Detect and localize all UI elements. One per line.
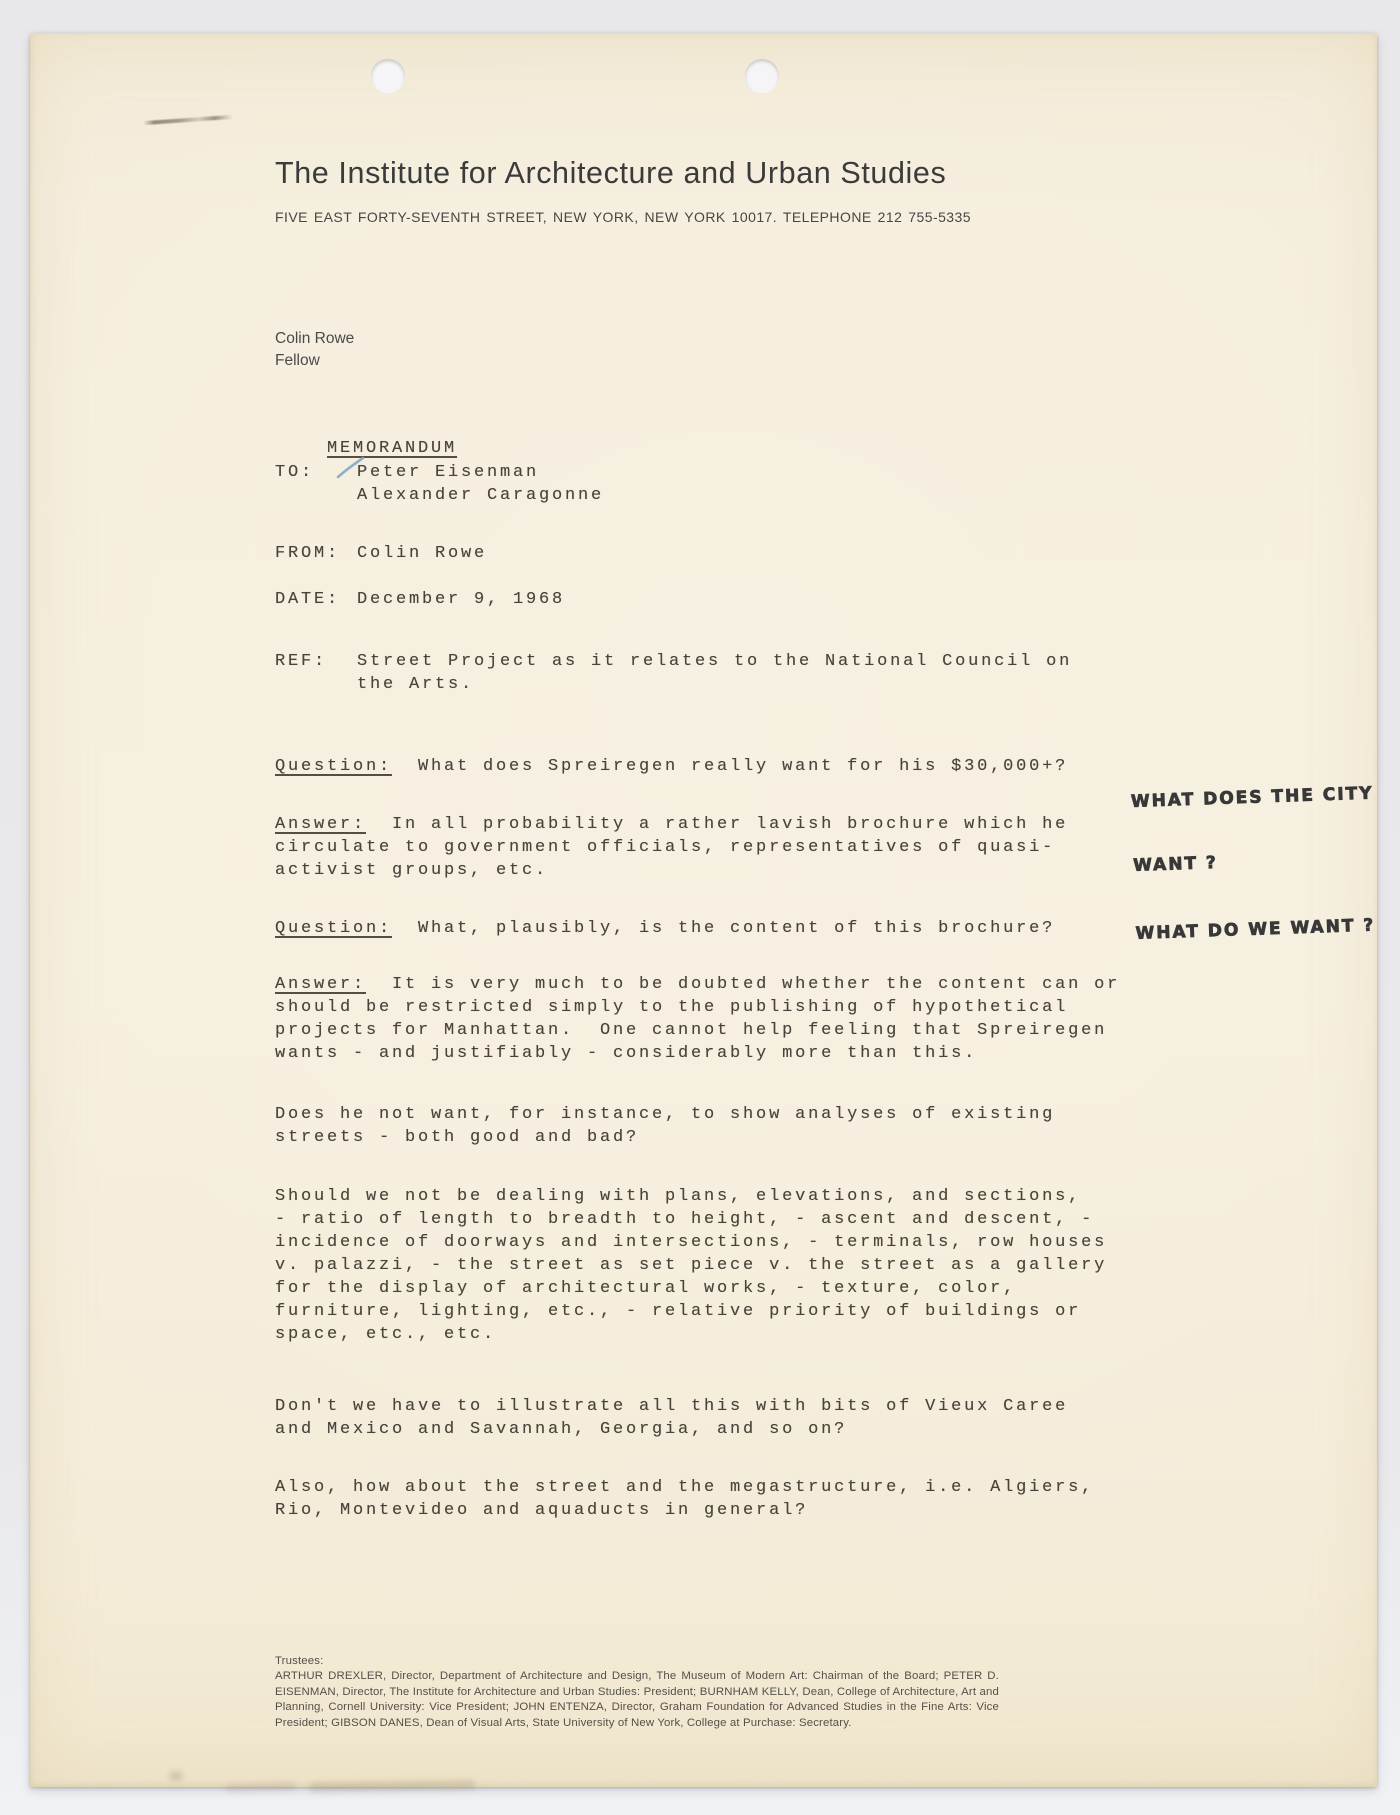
- pencil-smudge-mark: [143, 115, 233, 125]
- bleed-through-ghost-speck: [169, 1771, 183, 1781]
- trustees-heading: Trustees:: [275, 1654, 999, 1669]
- memo-field-value: Colin Rowe: [357, 542, 487, 565]
- memo-paragraph: Question: What, plausibly, is the conten…: [275, 917, 1120, 940]
- letterhead-title: The Institute for Architecture and Urban…: [275, 156, 946, 191]
- memo-paragraph: Answer: It is very much to be doubted wh…: [275, 973, 1120, 1065]
- paragraph-lead-word: Question:: [275, 919, 392, 938]
- memo-paragraph: Should we not be dealing with plans, ele…: [275, 1185, 1120, 1346]
- memo-field-value: December 9, 1968: [357, 588, 565, 611]
- memo-paper-sheet: The Institute for Architecture and Urban…: [30, 33, 1377, 1787]
- memo-field-to: TO:Peter Eisenman Alexander Caragonne: [275, 461, 1072, 507]
- memo-field-label: REF:: [275, 650, 357, 696]
- handwritten-line: WHAT DOES THE CITY: [1131, 781, 1400, 813]
- memo-field-label: DATE:: [275, 588, 357, 611]
- memo-field-value: Peter Eisenman Alexander Caragonne: [357, 461, 604, 507]
- paragraph-lead-word: Question:: [275, 757, 392, 776]
- paragraph-lead-word: Answer:: [275, 815, 366, 834]
- memo-paragraph: Don't we have to illustrate all this wit…: [275, 1395, 1120, 1441]
- trustees-text: ARTHUR DREXLER, Director, Department of …: [275, 1669, 999, 1731]
- memo-field-label: FROM:: [275, 542, 357, 565]
- handwritten-annotation: WHAT DOES THE CITY WANT ? WHAT DO WE WAN…: [1129, 737, 1400, 989]
- memo-field-date: DATE:December 9, 1968: [275, 588, 1072, 611]
- letterhead-address: FIVE EAST FORTY-SEVENTH STREET, NEW YORK…: [275, 209, 971, 225]
- bleed-through-ghost-text: [226, 1782, 296, 1792]
- bleed-through-ghost-text: [310, 1780, 475, 1793]
- punch-hole: [745, 59, 779, 93]
- handwritten-line: WANT ?: [1133, 844, 1400, 876]
- memo-paragraph: Answer: In all probability a rather lavi…: [275, 813, 1120, 882]
- sender-role: Fellow: [275, 350, 354, 372]
- memo-paragraph: Question: What does Spreiregen really wa…: [275, 755, 1120, 778]
- sender-name: Colin Rowe: [275, 328, 354, 350]
- punch-hole: [371, 59, 405, 93]
- memo-field-ref: REF:Street Project as it relates to the …: [275, 650, 1072, 696]
- paragraph-lead-word: Answer:: [275, 975, 366, 994]
- sender-block: Colin Rowe Fellow: [275, 328, 354, 372]
- memo-field-label: TO:: [275, 461, 357, 507]
- memo-paragraph: Does he not want, for instance, to show …: [275, 1103, 1120, 1149]
- handwritten-line: WHAT DO WE WANT ?: [1135, 912, 1400, 944]
- memo-paragraph: Also, how about the street and the megas…: [275, 1476, 1120, 1522]
- memo-field-value: Street Project as it relates to the Nati…: [357, 650, 1072, 696]
- memo-field-from: FROM:Colin Rowe: [275, 542, 1072, 565]
- trustees-footer: Trustees: ARTHUR DREXLER, Director, Depa…: [275, 1654, 999, 1731]
- memo-body: Question: What does Spreiregen really wa…: [275, 755, 1120, 1522]
- memo-header-fields: TO:Peter Eisenman Alexander CaragonneFRO…: [275, 461, 1072, 696]
